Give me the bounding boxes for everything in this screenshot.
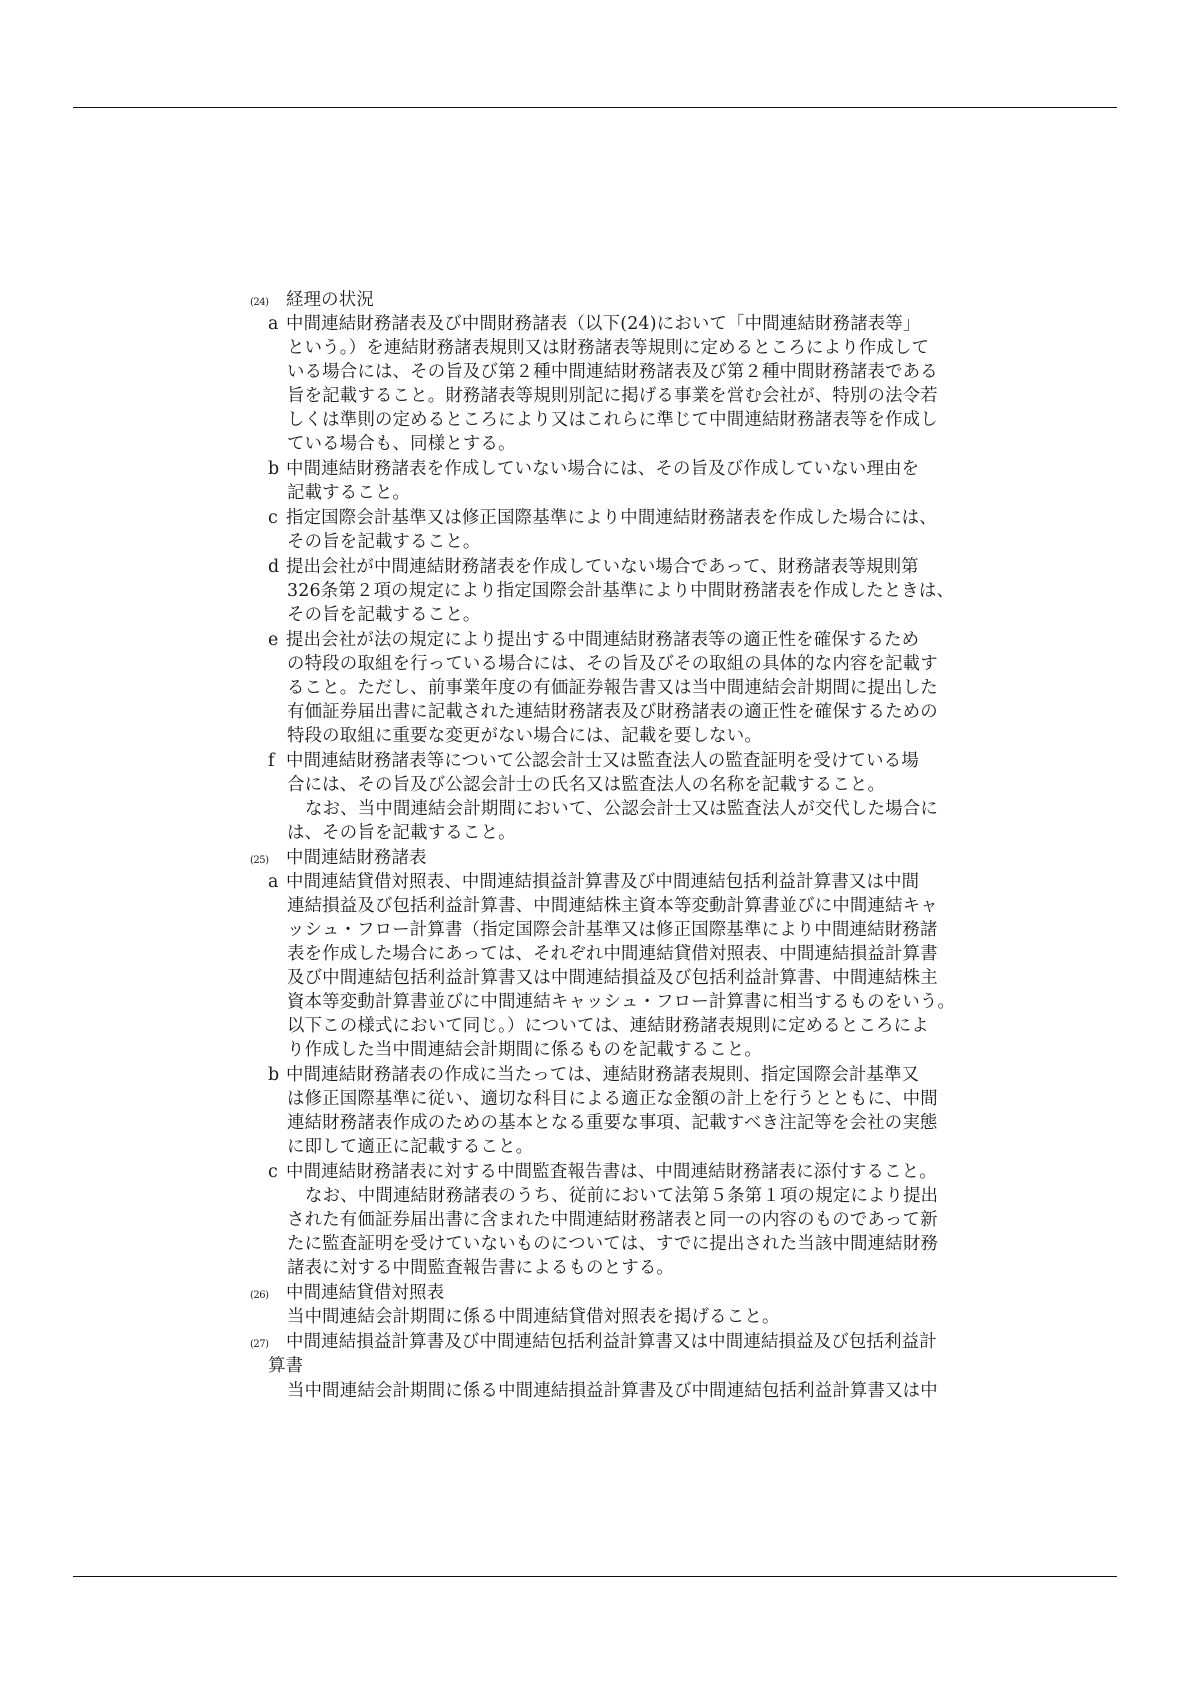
text-line: は修正国際基準に従い、適切な科目による適正な金額の計上を行うとともに、中間 [287, 1087, 938, 1111]
text-line: 当中間連結会計期間に係る中間連結貸借対照表を掲げること。 [287, 1305, 780, 1329]
section-title: 中間連結貸借対照表 [286, 1283, 444, 1303]
item-a-line: a中間連結貸借対照表、中間連結損益計算書及び中間連結包括利益計算書又は中間 [268, 870, 919, 894]
note-line: なお、中間連結財務諸表のうち、従前において法第５条第１項の規定により提出 [305, 1184, 938, 1208]
text-line: その旨を記載すること。 [287, 603, 481, 627]
item-f-line: f中間連結財務諸表等について公認会計士又は監査法人の監査証明を受けている場 [268, 749, 919, 773]
footer-rule [73, 1576, 1117, 1577]
text-line: 記載すること。 [287, 481, 410, 505]
item-b-line: b中間連結財務諸表を作成していない場合には、その旨及び作成していない理由を [268, 457, 919, 481]
note-line: 諸表に対する中間監査報告書によるものとする。 [287, 1256, 674, 1280]
section-heading-25: (25)中間連結財務諸表 [250, 846, 427, 870]
text-line: の特段の取組を行っている場合には、その旨及びその取組の具体的な内容を記載す [287, 652, 938, 676]
section-title: 中間連結財務諸表 [286, 848, 427, 868]
section-heading-26: (26)中間連結貸借対照表 [250, 1281, 444, 1305]
text-line: り作成した当中間連結会計期間に係るものを記載すること。 [287, 1038, 762, 1062]
section-number: (26) [250, 1284, 286, 1308]
item-e-line: e提出会社が法の規定により提出する中間連結財務諸表等の適正性を確保するため [268, 628, 919, 652]
section-heading-24: (24)経理の状況 [250, 288, 374, 312]
text-line: 特段の取組に重要な変更がない場合には、記載を要しない。 [287, 724, 762, 748]
note-line: された有価証券届出書に含まれた中間連結財務諸表と同一の内容のものであって新 [287, 1208, 938, 1232]
text-line: いる場合には、その旨及び第２種中間連結財務諸表及び第２種中間財務諸表である [287, 360, 938, 384]
text-line: ている場合も、同様とする。 [287, 432, 516, 456]
text-line: 資本等変動計算書並びに中間連結キャッシュ・フロー計算書に相当するものをいう。 [287, 990, 955, 1014]
text-line: ること。ただし、前事業年度の有価証券報告書又は当中間連結会計期間に提出した [287, 676, 938, 700]
note-line: たに監査証明を受けていないものについては、すでに提出された当該中間連結財務 [287, 1232, 938, 1256]
text-line: という。）を連結財務諸表規則又は財務諸表等規則に定めるところにより作成して [287, 336, 929, 360]
section-title: 中間連結損益計算書及び中間連結包括利益計算書又は中間連結損益及び包括利益計 [286, 1332, 937, 1352]
note-line: なお、当中間連結会計期間において、公認会計士又は監査法人が交代した場合に [305, 797, 938, 821]
note-line: は、その旨を記載すること。 [287, 821, 516, 845]
header-rule [73, 107, 1117, 108]
text-line: 表を作成した場合にあっては、それぞれ中間連結貸借対照表、中間連結損益計算書 [287, 942, 938, 966]
text-line: 旨を記載すること。財務諸表等規則別記に掲げる事業を営む会社が、特別の法令若 [287, 384, 938, 408]
text-line: に即して適正に記載すること。 [287, 1135, 533, 1159]
item-b-line: b中間連結財務諸表の作成に当たっては、連結財務諸表規則、指定国際会計基準又 [268, 1063, 919, 1087]
text-line: 当中間連結会計期間に係る中間連結損益計算書及び中間連結包括利益計算書又は中 [287, 1379, 938, 1403]
text-line: 連結損益及び包括利益計算書、中間連結株主資本等変動計算書並びに中間連結キャ [287, 894, 938, 918]
section-title-continued: 算書 [268, 1354, 303, 1378]
text-line: ッシュ・フロー計算書（指定国際会計基準又は修正国際基準により中間連結財務諸 [287, 918, 938, 942]
text-line: 合には、その旨及び公認会計士の氏名又は監査法人の名称を記載すること。 [287, 773, 885, 797]
text-line: 有価証券届出書に記載された連結財務諸表及び財務諸表の適正性を確保するための [287, 700, 938, 724]
item-c-line: c中間連結財務諸表に対する中間監査報告書は、中間連結財務諸表に添付すること。 [268, 1160, 937, 1184]
item-d-line: d提出会社が中間連結財務諸表を作成していない場合であって、財務諸表等規則第 [268, 555, 919, 579]
text-line: 以下この様式において同じ。）については、連結財務諸表規則に定めるところによ [287, 1014, 929, 1038]
text-line: 連結財務諸表作成のための基本となる重要な事項、記載すべき注記等を会社の実態 [287, 1111, 938, 1135]
item-a-line: a中間連結財務諸表及び中間財務諸表（以下(24)において「中間連結財務諸表等」 [268, 312, 921, 336]
text-line: 及び中間連結包括利益計算書又は中間連結損益及び包括利益計算書、中間連結株主 [287, 966, 938, 990]
text-line: その旨を記載すること。 [287, 530, 481, 554]
item-c-line: c指定国際会計基準又は修正国際基準により中間連結財務諸表を作成した場合には、 [268, 506, 937, 530]
section-heading-27: (27)中間連結損益計算書及び中間連結包括利益計算書又は中間連結損益及び包括利益… [250, 1330, 937, 1354]
section-title: 経理の状況 [286, 290, 374, 310]
text-line: しくは準則の定めるところにより又はこれらに準じて中間連結財務諸表等を作成し [287, 408, 938, 432]
text-line: 326条第２項の規定により指定国際会計基準により中間財務諸表を作成したときは、 [287, 579, 954, 603]
